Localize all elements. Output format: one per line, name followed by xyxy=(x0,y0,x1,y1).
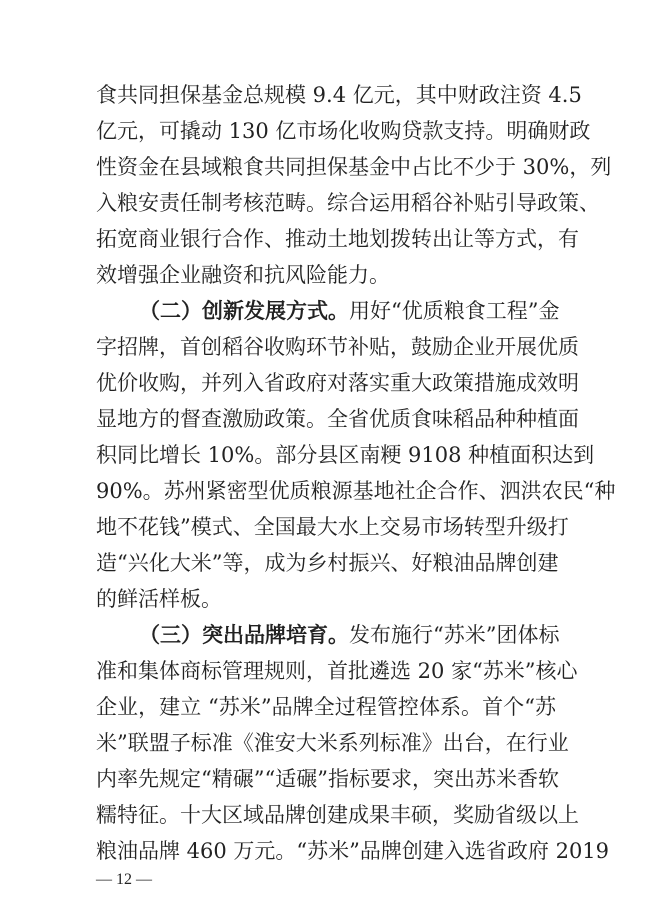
paragraph-2-line-7: 地不花钱”模式、全国最大水上交易市场转型升级打 xyxy=(96,512,556,542)
paragraph-3-line-4: 米”联盟子标准《淮安大米系列标准》出台，在行业 xyxy=(96,728,556,758)
paragraph-2-line-8: 造“兴化大米”等，成为乡村振兴、好粮油品牌创建 xyxy=(96,548,556,578)
paragraph-3-line-6: 糯特征。十大区域品牌创建成果丰硕，奖励省级以上 xyxy=(96,800,556,830)
paragraph-3-line-7: 粮油品牌 460 万元。“苏米”品牌创建入选省政府 2019 xyxy=(96,836,556,866)
paragraph-2-line-3: 优价收购，并列入省政府对落实重大政策措施成效明 xyxy=(96,368,556,398)
paragraph-2-first-line-rest: 用好“优质粮食工程”金 xyxy=(349,299,559,323)
paragraph-2-line-9: 的鲜活样板。 xyxy=(96,584,556,614)
document-page: 食共同担保基金总规模 9.4 亿元，其中财政注资 4.5 亿元，可撬动 130 … xyxy=(0,0,650,919)
paragraph-1-line-4: 入粮安责任制考核范畴。综合运用稻谷补贴引导政策、 xyxy=(96,188,556,218)
paragraph-2-line-2: 字招牌，首创稻谷收购环节补贴，鼓励企业开展优质 xyxy=(96,332,556,362)
paragraph-3-line-2: 准和集体商标管理规则，首批遴选 20 家“苏米”核心 xyxy=(96,656,556,686)
paragraph-1-line-5: 拓宽商业银行合作、推动土地划拨转出让等方式，有 xyxy=(96,224,556,254)
page-number: — 12 — xyxy=(96,870,152,890)
paragraph-1-line-6: 效增强企业融资和抗风险能力。 xyxy=(96,260,556,290)
paragraph-2-line-5: 积同比增长 10%。部分县区南粳 9108 种植面积达到 xyxy=(96,440,556,470)
paragraph-1-line-2: 亿元，可撬动 130 亿市场化收购贷款支持。明确财政 xyxy=(96,116,556,146)
section-heading-2: （二）创新发展方式。 xyxy=(139,299,349,323)
paragraph-3-line-5: 内率先规定“精碾”“适碾”指标要求，突出苏米香软 xyxy=(96,764,556,794)
paragraph-2-line-6: 90%。苏州紧密型优质粮源基地社企合作、泗洪农民“种 xyxy=(96,476,556,506)
section-heading-3: （三）突出品牌培育。 xyxy=(139,623,349,647)
paragraph-1-line-3: 性资金在县域粮食共同担保基金中占比不少于 30%，列 xyxy=(96,152,556,182)
paragraph-3-first-line-rest: 发布施行“苏米”团体标 xyxy=(349,623,559,647)
paragraph-2-first-line: （二）创新发展方式。用好“优质粮食工程”金 xyxy=(139,296,556,326)
paragraph-2-line-4: 显地方的督查激励政策。全省优质食味稻品种种植面 xyxy=(96,404,556,434)
paragraph-3-line-3: 企业，建立 “苏米”品牌全过程管控体系。首个“苏 xyxy=(96,692,556,722)
paragraph-1-line-1: 食共同担保基金总规模 9.4 亿元，其中财政注资 4.5 xyxy=(96,80,556,110)
paragraph-3-first-line: （三）突出品牌培育。发布施行“苏米”团体标 xyxy=(139,620,556,650)
